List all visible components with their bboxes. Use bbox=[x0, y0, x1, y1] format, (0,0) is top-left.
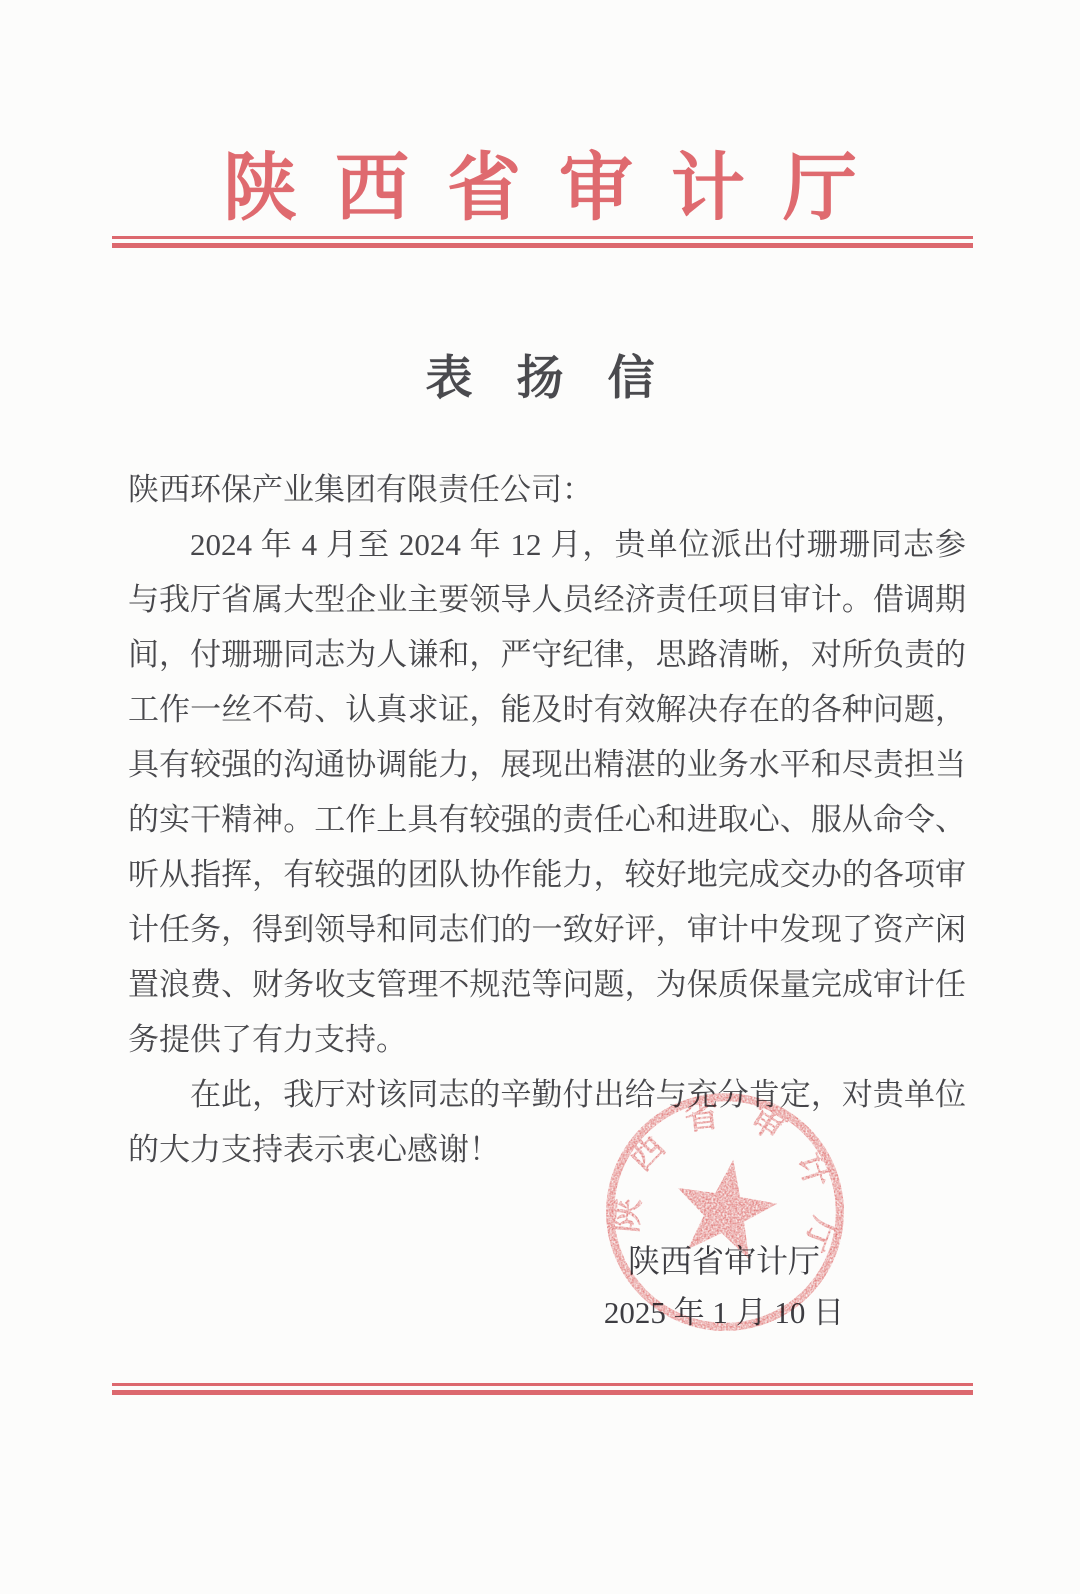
salutation: 陕西环保产业集团有限责任公司： bbox=[128, 462, 966, 517]
rule-line-thick bbox=[112, 243, 973, 248]
letterhead-double-rule bbox=[112, 236, 973, 248]
official-seal: 陕西省审计厅 bbox=[601, 1088, 849, 1336]
agency-letterhead-title: 陕西省审计厅 bbox=[0, 152, 1080, 226]
rule-line-thin bbox=[112, 1383, 973, 1386]
letter-body: 陕西环保产业集团有限责任公司： 2024 年 4 月至 2024 年 12 月，… bbox=[128, 462, 966, 1177]
rule-line-thin bbox=[112, 236, 973, 239]
letter-page: 陕西省审计厅 表扬信 陕西环保产业集团有限责任公司： 2024 年 4 月至 2… bbox=[0, 0, 1080, 1594]
body-paragraph-1: 2024 年 4 月至 2024 年 12 月，贵单位派出付珊珊同志参与我厅省属… bbox=[128, 517, 966, 1067]
letter-title: 表扬信 bbox=[0, 356, 1080, 403]
footer-double-rule bbox=[112, 1383, 973, 1395]
rule-line-thick bbox=[112, 1390, 973, 1395]
seal-star-icon bbox=[669, 1152, 783, 1262]
